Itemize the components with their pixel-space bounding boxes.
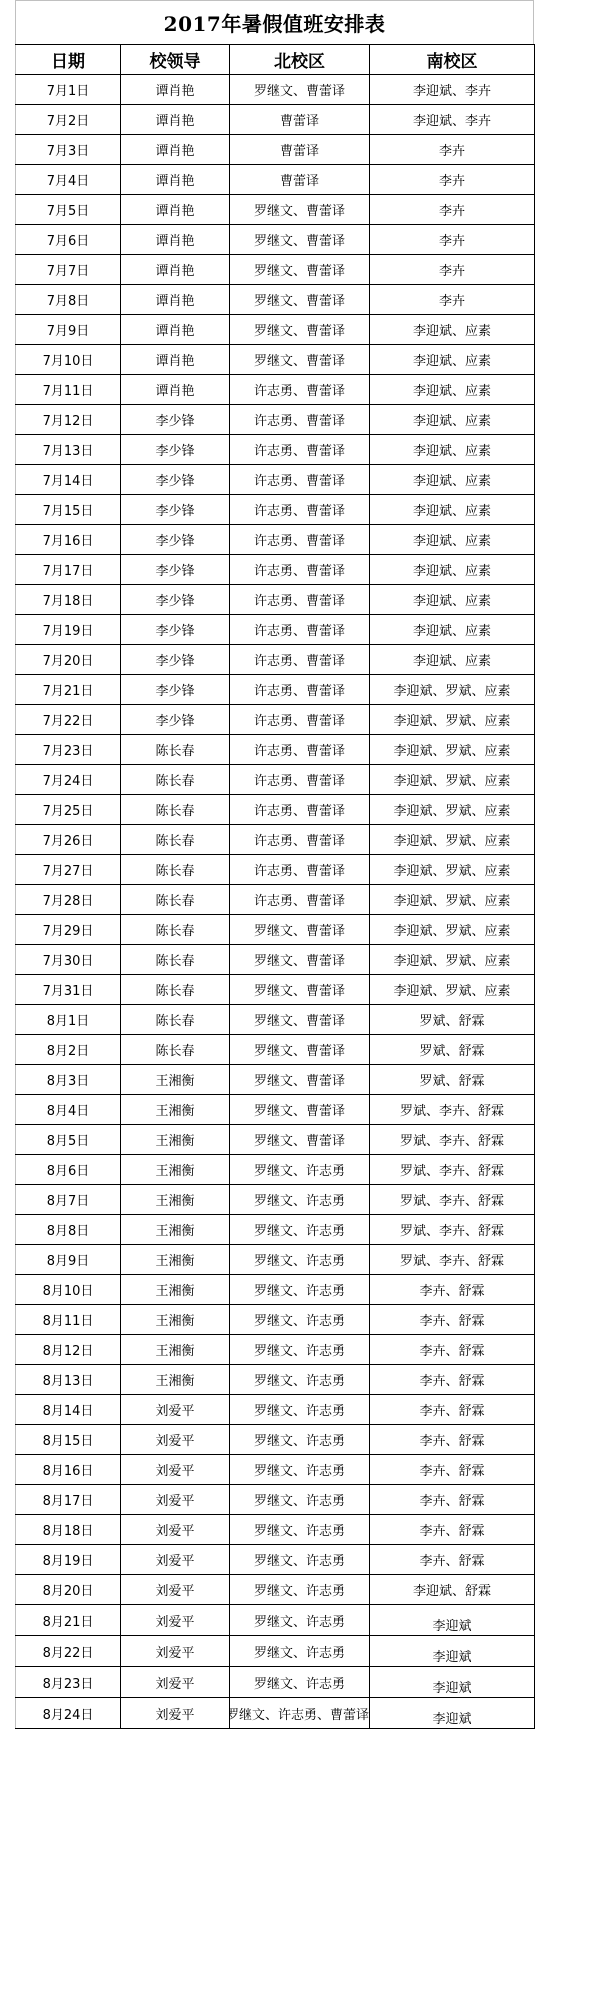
leader-cell[interactable]: 谭肖艳 xyxy=(121,375,230,405)
table-row: 7月5日谭肖艳罗继文、曹蕾译李卉 xyxy=(16,195,535,225)
date-cell[interactable]: 7月5日 xyxy=(16,195,121,225)
leader-cell[interactable]: 谭肖艳 xyxy=(121,345,230,375)
date-cell[interactable]: 8月18日 xyxy=(16,1515,121,1545)
south-campus-cell[interactable]: 李卉 xyxy=(370,195,535,225)
north-campus-cell[interactable]: 曹蕾译 xyxy=(230,135,370,165)
leader-cell[interactable]: 王湘衡 xyxy=(121,1215,230,1245)
south-campus-cell[interactable]: 李迎斌、李卉 xyxy=(370,105,535,135)
north-campus-cell[interactable]: 罗继文、曹蕾译 xyxy=(230,195,370,225)
south-campus-cell[interactable]: 李迎斌 xyxy=(370,1698,535,1729)
date-cell[interactable]: 8月8日 xyxy=(16,1215,121,1245)
north-campus-cell[interactable]: 许志勇、曹蕾译 xyxy=(230,645,370,675)
leader-cell[interactable]: 陈长春 xyxy=(121,1005,230,1035)
south-campus-cell[interactable]: 罗斌、李卉、舒霖 xyxy=(370,1155,535,1185)
table-row: 8月19日刘爱平罗继文、许志勇李卉、舒霖 xyxy=(16,1545,535,1575)
north-campus-cell[interactable]: 罗继文、许志勇、曹蕾译 xyxy=(230,1698,370,1729)
table-row: 7月1日谭肖艳罗继文、曹蕾译李迎斌、李卉 xyxy=(16,75,535,105)
leader-cell[interactable]: 李少锋 xyxy=(121,615,230,645)
table-row: 7月8日谭肖艳罗继文、曹蕾译李卉 xyxy=(16,285,535,315)
south-campus-cell[interactable]: 罗斌、舒霖 xyxy=(370,1005,535,1035)
north-campus-cell[interactable]: 罗继文、曹蕾译 xyxy=(230,1095,370,1125)
table-row: 7月16日李少锋许志勇、曹蕾译李迎斌、应素 xyxy=(16,525,535,555)
south-campus-cell[interactable]: 李迎斌、罗斌、应素 xyxy=(370,735,535,765)
date-cell[interactable]: 8月22日 xyxy=(16,1636,121,1667)
south-campus-cell[interactable]: 李迎斌、应素 xyxy=(370,465,535,495)
leader-cell[interactable]: 谭肖艳 xyxy=(121,165,230,195)
north-campus-cell[interactable]: 许志勇、曹蕾译 xyxy=(230,375,370,405)
date-cell[interactable]: 8月11日 xyxy=(16,1305,121,1335)
table-row: 7月9日谭肖艳罗继文、曹蕾译李迎斌、应素 xyxy=(16,315,535,345)
table-row: 7月10日谭肖艳罗继文、曹蕾译李迎斌、应素 xyxy=(16,345,535,375)
table-row: 8月18日刘爱平罗继文、许志勇李卉、舒霖 xyxy=(16,1515,535,1545)
date-cell[interactable]: 7月31日 xyxy=(16,975,121,1005)
date-cell[interactable]: 8月12日 xyxy=(16,1335,121,1365)
north-campus-cell[interactable]: 罗继文、许志勇 xyxy=(230,1485,370,1515)
date-cell[interactable]: 7月28日 xyxy=(16,885,121,915)
duty-schedule-sheet: 2017年暑假值班安排表 日期 校领导 北校区 南校区 7月1日谭肖艳罗继文、曹… xyxy=(15,0,534,1729)
table-row: 8月5日王湘衡罗继文、曹蕾译罗斌、李卉、舒霖 xyxy=(16,1125,535,1155)
leader-cell[interactable]: 王湘衡 xyxy=(121,1125,230,1155)
table-row: 7月19日李少锋许志勇、曹蕾译李迎斌、应素 xyxy=(16,615,535,645)
leader-cell[interactable]: 刘爱平 xyxy=(121,1425,230,1455)
date-cell[interactable]: 8月21日 xyxy=(16,1605,121,1636)
table-row: 7月15日李少锋许志勇、曹蕾译李迎斌、应素 xyxy=(16,495,535,525)
leader-cell[interactable]: 刘爱平 xyxy=(121,1485,230,1515)
south-campus-cell[interactable]: 李迎斌、应素 xyxy=(370,315,535,345)
table-row: 7月12日李少锋许志勇、曹蕾译李迎斌、应素 xyxy=(16,405,535,435)
date-cell[interactable]: 7月17日 xyxy=(16,555,121,585)
north-campus-cell[interactable]: 许志勇、曹蕾译 xyxy=(230,495,370,525)
north-campus-cell[interactable]: 曹蕾译 xyxy=(230,105,370,135)
south-campus-cell[interactable]: 李迎斌、应素 xyxy=(370,405,535,435)
table-row: 8月20日刘爱平罗继文、许志勇李迎斌、舒霖 xyxy=(16,1575,535,1605)
date-cell[interactable]: 8月5日 xyxy=(16,1125,121,1155)
north-campus-cell[interactable]: 罗继文、曹蕾译 xyxy=(230,255,370,285)
date-cell[interactable]: 8月1日 xyxy=(16,1005,121,1035)
date-cell[interactable]: 8月15日 xyxy=(16,1425,121,1455)
leader-cell[interactable]: 陈长春 xyxy=(121,915,230,945)
leader-cell[interactable]: 李少锋 xyxy=(121,465,230,495)
north-campus-cell[interactable]: 许志勇、曹蕾译 xyxy=(230,825,370,855)
north-campus-cell[interactable]: 许志勇、曹蕾译 xyxy=(230,525,370,555)
leader-cell[interactable]: 刘爱平 xyxy=(121,1575,230,1605)
south-campus-cell[interactable]: 罗斌、李卉、舒霖 xyxy=(370,1245,535,1275)
table-row: 8月16日刘爱平罗继文、许志勇李卉、舒霖 xyxy=(16,1455,535,1485)
south-campus-cell[interactable]: 李迎斌、应素 xyxy=(370,525,535,555)
date-cell[interactable]: 8月24日 xyxy=(16,1698,121,1729)
north-campus-cell[interactable]: 罗继文、许志勇 xyxy=(230,1305,370,1335)
table-row: 7月11日谭肖艳许志勇、曹蕾译李迎斌、应素 xyxy=(16,375,535,405)
south-campus-cell[interactable]: 李迎斌、应素 xyxy=(370,375,535,405)
north-campus-cell[interactable]: 罗继文、许志勇 xyxy=(230,1667,370,1698)
south-campus-cell[interactable]: 李迎斌、舒霖 xyxy=(370,1575,535,1605)
leader-cell[interactable]: 谭肖艳 xyxy=(121,135,230,165)
table-row: 8月14日刘爱平罗继文、许志勇李卉、舒霖 xyxy=(16,1395,535,1425)
date-cell[interactable]: 8月19日 xyxy=(16,1545,121,1575)
date-cell[interactable]: 7月2日 xyxy=(16,105,121,135)
table-row: 8月17日刘爱平罗继文、许志勇李卉、舒霖 xyxy=(16,1485,535,1515)
south-campus-cell[interactable]: 李迎斌、罗斌、应素 xyxy=(370,795,535,825)
date-cell[interactable]: 7月8日 xyxy=(16,285,121,315)
leader-cell[interactable]: 王湘衡 xyxy=(121,1245,230,1275)
north-campus-cell[interactable]: 罗继文、许志勇 xyxy=(230,1365,370,1395)
date-cell[interactable]: 7月10日 xyxy=(16,345,121,375)
date-cell[interactable]: 8月13日 xyxy=(16,1365,121,1395)
date-cell[interactable]: 7月20日 xyxy=(16,645,121,675)
date-cell[interactable]: 7月7日 xyxy=(16,255,121,285)
south-campus-cell[interactable]: 李卉、舒霖 xyxy=(370,1485,535,1515)
north-campus-cell[interactable]: 许志勇、曹蕾译 xyxy=(230,465,370,495)
north-campus-cell[interactable]: 罗继文、曹蕾译 xyxy=(230,1125,370,1155)
north-campus-cell[interactable]: 罗继文、曹蕾译 xyxy=(230,945,370,975)
south-campus-cell[interactable]: 李迎斌、李卉 xyxy=(370,75,535,105)
date-cell[interactable]: 7月19日 xyxy=(16,615,121,645)
date-cell[interactable]: 7月18日 xyxy=(16,585,121,615)
leader-cell[interactable]: 刘爱平 xyxy=(121,1515,230,1545)
date-cell[interactable]: 7月13日 xyxy=(16,435,121,465)
leader-cell[interactable]: 刘爱平 xyxy=(121,1605,230,1636)
south-campus-cell[interactable]: 李卉、舒霖 xyxy=(370,1275,535,1305)
table-row: 7月4日谭肖艳曹蕾译李卉 xyxy=(16,165,535,195)
date-cell[interactable]: 7月22日 xyxy=(16,705,121,735)
leader-cell[interactable]: 陈长春 xyxy=(121,855,230,885)
north-campus-cell[interactable]: 罗继文、许志勇 xyxy=(230,1575,370,1605)
date-cell[interactable]: 8月3日 xyxy=(16,1065,121,1095)
table-row: 8月24日刘爱平罗继文、许志勇、曹蕾译李迎斌 xyxy=(16,1698,535,1729)
date-cell[interactable]: 7月30日 xyxy=(16,945,121,975)
north-campus-cell[interactable]: 罗继文、许志勇 xyxy=(230,1545,370,1575)
leader-cell[interactable]: 陈长春 xyxy=(121,765,230,795)
table-row: 8月2日陈长春罗继文、曹蕾译罗斌、舒霖 xyxy=(16,1035,535,1065)
south-campus-cell[interactable]: 罗斌、舒霖 xyxy=(370,1065,535,1095)
date-cell[interactable]: 7月9日 xyxy=(16,315,121,345)
leader-cell[interactable]: 陈长春 xyxy=(121,885,230,915)
table-row: 8月1日陈长春罗继文、曹蕾译罗斌、舒霖 xyxy=(16,1005,535,1035)
leader-cell[interactable]: 李少锋 xyxy=(121,585,230,615)
south-campus-cell[interactable]: 李迎斌、罗斌、应素 xyxy=(370,885,535,915)
leader-cell[interactable]: 刘爱平 xyxy=(121,1698,230,1729)
leader-cell[interactable]: 陈长春 xyxy=(121,825,230,855)
north-campus-cell[interactable]: 罗继文、许志勇 xyxy=(230,1455,370,1485)
north-campus-cell[interactable]: 罗继文、许志勇 xyxy=(230,1215,370,1245)
leader-cell[interactable]: 谭肖艳 xyxy=(121,195,230,225)
date-cell[interactable]: 8月16日 xyxy=(16,1455,121,1485)
south-campus-cell[interactable]: 李卉 xyxy=(370,255,535,285)
north-campus-cell[interactable]: 曹蕾译 xyxy=(230,165,370,195)
table-row: 7月29日陈长春罗继文、曹蕾译李迎斌、罗斌、应素 xyxy=(16,915,535,945)
south-campus-cell[interactable]: 李迎斌、应素 xyxy=(370,345,535,375)
date-cell[interactable]: 8月4日 xyxy=(16,1095,121,1125)
date-cell[interactable]: 8月7日 xyxy=(16,1185,121,1215)
south-campus-cell[interactable]: 李迎斌、罗斌、应素 xyxy=(370,825,535,855)
leader-cell[interactable]: 刘爱平 xyxy=(121,1667,230,1698)
south-campus-cell[interactable]: 罗斌、李卉、舒霖 xyxy=(370,1125,535,1155)
leader-cell[interactable]: 谭肖艳 xyxy=(121,75,230,105)
date-cell[interactable]: 8月9日 xyxy=(16,1245,121,1275)
date-cell[interactable]: 8月20日 xyxy=(16,1575,121,1605)
south-campus-cell[interactable]: 李卉、舒霖 xyxy=(370,1455,535,1485)
south-campus-cell[interactable]: 李迎斌、罗斌、应素 xyxy=(370,975,535,1005)
south-campus-cell[interactable]: 李迎斌、应素 xyxy=(370,555,535,585)
south-campus-cell[interactable]: 李卉、舒霖 xyxy=(370,1425,535,1455)
date-cell[interactable]: 7月3日 xyxy=(16,135,121,165)
leader-cell[interactable]: 陈长春 xyxy=(121,975,230,1005)
table-row: 7月25日陈长春许志勇、曹蕾译李迎斌、罗斌、应素 xyxy=(16,795,535,825)
south-campus-cell[interactable]: 李卉 xyxy=(370,285,535,315)
north-campus-cell[interactable]: 许志勇、曹蕾译 xyxy=(230,765,370,795)
date-cell[interactable]: 7月23日 xyxy=(16,735,121,765)
north-campus-cell[interactable]: 许志勇、曹蕾译 xyxy=(230,585,370,615)
table-row: 8月9日王湘衡罗继文、许志勇罗斌、李卉、舒霖 xyxy=(16,1245,535,1275)
table-row: 8月8日王湘衡罗继文、许志勇罗斌、李卉、舒霖 xyxy=(16,1215,535,1245)
north-campus-cell[interactable]: 许志勇、曹蕾译 xyxy=(230,885,370,915)
south-campus-cell[interactable]: 李迎斌、罗斌、应素 xyxy=(370,915,535,945)
south-campus-cell[interactable]: 李迎斌、应素 xyxy=(370,585,535,615)
north-campus-cell[interactable]: 罗继文、曹蕾译 xyxy=(230,285,370,315)
north-campus-cell[interactable]: 罗继文、许志勇 xyxy=(230,1245,370,1275)
table-row: 7月22日李少锋许志勇、曹蕾译李迎斌、罗斌、应素 xyxy=(16,705,535,735)
north-campus-cell[interactable]: 罗继文、许志勇 xyxy=(230,1395,370,1425)
south-campus-cell[interactable]: 李卉 xyxy=(370,225,535,255)
south-campus-cell[interactable]: 李卉、舒霖 xyxy=(370,1515,535,1545)
north-campus-cell[interactable]: 许志勇、曹蕾译 xyxy=(230,795,370,825)
south-campus-cell[interactable]: 李卉、舒霖 xyxy=(370,1335,535,1365)
table-row: 7月13日李少锋许志勇、曹蕾译李迎斌、应素 xyxy=(16,435,535,465)
header-row: 日期 校领导 北校区 南校区 xyxy=(16,45,535,75)
south-campus-cell[interactable]: 李卉、舒霖 xyxy=(370,1305,535,1335)
table-row: 7月14日李少锋许志勇、曹蕾译李迎斌、应素 xyxy=(16,465,535,495)
south-campus-cell[interactable]: 李迎斌、罗斌、应素 xyxy=(370,705,535,735)
date-cell[interactable]: 7月11日 xyxy=(16,375,121,405)
column-header-date: 日期 xyxy=(16,45,121,75)
north-campus-cell[interactable]: 许志勇、曹蕾译 xyxy=(230,405,370,435)
south-campus-cell[interactable]: 李迎斌、应素 xyxy=(370,615,535,645)
leader-cell[interactable]: 陈长春 xyxy=(121,795,230,825)
table-row: 8月10日王湘衡罗继文、许志勇李卉、舒霖 xyxy=(16,1275,535,1305)
date-cell[interactable]: 7月26日 xyxy=(16,825,121,855)
table-row: 7月17日李少锋许志勇、曹蕾译李迎斌、应素 xyxy=(16,555,535,585)
table-row: 8月4日王湘衡罗继文、曹蕾译罗斌、李卉、舒霖 xyxy=(16,1095,535,1125)
south-campus-cell[interactable]: 李卉、舒霖 xyxy=(370,1395,535,1425)
leader-cell[interactable]: 王湘衡 xyxy=(121,1095,230,1125)
date-cell[interactable]: 8月14日 xyxy=(16,1395,121,1425)
leader-cell[interactable]: 谭肖艳 xyxy=(121,285,230,315)
date-cell[interactable]: 8月10日 xyxy=(16,1275,121,1305)
leader-cell[interactable]: 刘爱平 xyxy=(121,1395,230,1425)
north-campus-cell[interactable]: 罗继文、曹蕾译 xyxy=(230,1005,370,1035)
leader-cell[interactable]: 谭肖艳 xyxy=(121,255,230,285)
leader-cell[interactable]: 王湘衡 xyxy=(121,1305,230,1335)
date-cell[interactable]: 7月27日 xyxy=(16,855,121,885)
north-campus-cell[interactable]: 许志勇、曹蕾译 xyxy=(230,675,370,705)
column-header-north-campus: 北校区 xyxy=(230,45,370,75)
table-row: 8月22日刘爱平罗继文、许志勇李迎斌 xyxy=(16,1636,535,1667)
leader-cell[interactable]: 刘爱平 xyxy=(121,1636,230,1667)
north-campus-cell[interactable]: 罗继文、曹蕾译 xyxy=(230,75,370,105)
table-row: 8月21日刘爱平罗继文、许志勇李迎斌 xyxy=(16,1605,535,1636)
north-campus-cell[interactable]: 许志勇、曹蕾译 xyxy=(230,435,370,465)
date-cell[interactable]: 7月4日 xyxy=(16,165,121,195)
leader-cell[interactable]: 王湘衡 xyxy=(121,1365,230,1395)
north-campus-cell[interactable]: 罗继文、许志勇 xyxy=(230,1335,370,1365)
table-row: 8月11日王湘衡罗继文、许志勇李卉、舒霖 xyxy=(16,1305,535,1335)
column-header-leader: 校领导 xyxy=(121,45,230,75)
date-cell[interactable]: 8月17日 xyxy=(16,1485,121,1515)
north-campus-cell[interactable]: 罗继文、曹蕾译 xyxy=(230,1035,370,1065)
leader-cell[interactable]: 李少锋 xyxy=(121,645,230,675)
table-row: 7月26日陈长春许志勇、曹蕾译李迎斌、罗斌、应素 xyxy=(16,825,535,855)
table-row: 8月7日王湘衡罗继文、许志勇罗斌、李卉、舒霖 xyxy=(16,1185,535,1215)
leader-cell[interactable]: 陈长春 xyxy=(121,1035,230,1065)
leader-cell[interactable]: 李少锋 xyxy=(121,705,230,735)
north-campus-cell[interactable]: 许志勇、曹蕾译 xyxy=(230,615,370,645)
north-campus-cell[interactable]: 许志勇、曹蕾译 xyxy=(230,735,370,765)
leader-cell[interactable]: 李少锋 xyxy=(121,405,230,435)
leader-cell[interactable]: 谭肖艳 xyxy=(121,105,230,135)
duty-schedule-table: 日期 校领导 北校区 南校区 7月1日谭肖艳罗继文、曹蕾译李迎斌、李卉7月2日谭… xyxy=(15,44,535,1729)
date-cell[interactable]: 7月21日 xyxy=(16,675,121,705)
north-campus-cell[interactable]: 罗继文、曹蕾译 xyxy=(230,345,370,375)
north-campus-cell[interactable]: 罗继文、曹蕾译 xyxy=(230,315,370,345)
north-campus-cell[interactable]: 罗继文、许志勇 xyxy=(230,1605,370,1636)
date-cell[interactable]: 7月14日 xyxy=(16,465,121,495)
north-campus-cell[interactable]: 罗继文、曹蕾译 xyxy=(230,225,370,255)
table-row: 8月6日王湘衡罗继文、许志勇罗斌、李卉、舒霖 xyxy=(16,1155,535,1185)
leader-cell[interactable]: 李少锋 xyxy=(121,495,230,525)
leader-cell[interactable]: 王湘衡 xyxy=(121,1155,230,1185)
date-cell[interactable]: 7月15日 xyxy=(16,495,121,525)
date-cell[interactable]: 7月25日 xyxy=(16,795,121,825)
leader-cell[interactable]: 谭肖艳 xyxy=(121,315,230,345)
north-campus-cell[interactable]: 罗继文、曹蕾译 xyxy=(230,1065,370,1095)
leader-cell[interactable]: 王湘衡 xyxy=(121,1335,230,1365)
north-campus-cell[interactable]: 罗继文、曹蕾译 xyxy=(230,915,370,945)
date-cell[interactable]: 7月16日 xyxy=(16,525,121,555)
sheet-title: 2017年暑假值班安排表 xyxy=(15,0,534,44)
table-row: 8月3日王湘衡罗继文、曹蕾译罗斌、舒霖 xyxy=(16,1065,535,1095)
table-row: 8月12日王湘衡罗继文、许志勇李卉、舒霖 xyxy=(16,1335,535,1365)
north-campus-cell[interactable]: 罗继文、许志勇 xyxy=(230,1515,370,1545)
south-campus-cell[interactable]: 李迎斌 xyxy=(370,1605,535,1636)
table-row: 7月21日李少锋许志勇、曹蕾译李迎斌、罗斌、应素 xyxy=(16,675,535,705)
column-header-south-campus: 南校区 xyxy=(370,45,535,75)
south-campus-cell[interactable]: 李卉 xyxy=(370,135,535,165)
south-campus-cell[interactable]: 罗斌、李卉、舒霖 xyxy=(370,1095,535,1125)
south-campus-cell[interactable]: 李迎斌、应素 xyxy=(370,435,535,465)
north-campus-cell[interactable]: 罗继文、许志勇 xyxy=(230,1185,370,1215)
leader-cell[interactable]: 李少锋 xyxy=(121,435,230,465)
south-campus-cell[interactable]: 李卉、舒霖 xyxy=(370,1545,535,1575)
south-campus-cell[interactable]: 罗斌、李卉、舒霖 xyxy=(370,1215,535,1245)
north-campus-cell[interactable]: 罗继文、许志勇 xyxy=(230,1155,370,1185)
leader-cell[interactable]: 李少锋 xyxy=(121,675,230,705)
date-cell[interactable]: 7月6日 xyxy=(16,225,121,255)
south-campus-cell[interactable]: 李迎斌 xyxy=(370,1636,535,1667)
south-campus-cell[interactable]: 李迎斌、罗斌、应素 xyxy=(370,765,535,795)
south-campus-cell[interactable]: 李迎斌 xyxy=(370,1667,535,1698)
north-campus-cell[interactable]: 许志勇、曹蕾译 xyxy=(230,555,370,585)
south-campus-cell[interactable]: 李迎斌、应素 xyxy=(370,645,535,675)
leader-cell[interactable]: 刘爱平 xyxy=(121,1455,230,1485)
north-campus-cell[interactable]: 罗继文、曹蕾译 xyxy=(230,975,370,1005)
south-campus-cell[interactable]: 罗斌、舒霖 xyxy=(370,1035,535,1065)
north-campus-cell[interactable]: 许志勇、曹蕾译 xyxy=(230,705,370,735)
date-cell[interactable]: 7月12日 xyxy=(16,405,121,435)
leader-cell[interactable]: 李少锋 xyxy=(121,525,230,555)
north-campus-cell[interactable]: 许志勇、曹蕾译 xyxy=(230,855,370,885)
date-cell[interactable]: 7月29日 xyxy=(16,915,121,945)
table-row: 8月15日刘爱平罗继文、许志勇李卉、舒霖 xyxy=(16,1425,535,1455)
table-row: 8月23日刘爱平罗继文、许志勇李迎斌 xyxy=(16,1667,535,1698)
north-campus-cell[interactable]: 罗继文、许志勇 xyxy=(230,1275,370,1305)
north-campus-cell[interactable]: 罗继文、许志勇 xyxy=(230,1425,370,1455)
date-cell[interactable]: 7月24日 xyxy=(16,765,121,795)
table-row: 7月23日陈长春许志勇、曹蕾译李迎斌、罗斌、应素 xyxy=(16,735,535,765)
table-row: 7月6日谭肖艳罗继文、曹蕾译李卉 xyxy=(16,225,535,255)
leader-cell[interactable]: 陈长春 xyxy=(121,945,230,975)
leader-cell[interactable]: 刘爱平 xyxy=(121,1545,230,1575)
south-campus-cell[interactable]: 李迎斌、罗斌、应素 xyxy=(370,945,535,975)
south-campus-cell[interactable]: 李迎斌、罗斌、应素 xyxy=(370,675,535,705)
table-row: 7月28日陈长春许志勇、曹蕾译李迎斌、罗斌、应素 xyxy=(16,885,535,915)
table-row: 7月18日李少锋许志勇、曹蕾译李迎斌、应素 xyxy=(16,585,535,615)
table-row: 7月7日谭肖艳罗继文、曹蕾译李卉 xyxy=(16,255,535,285)
table-row: 7月3日谭肖艳曹蕾译李卉 xyxy=(16,135,535,165)
table-row: 7月2日谭肖艳曹蕾译李迎斌、李卉 xyxy=(16,105,535,135)
south-campus-cell[interactable]: 李卉、舒霖 xyxy=(370,1365,535,1395)
date-cell[interactable]: 8月6日 xyxy=(16,1155,121,1185)
date-cell[interactable]: 8月2日 xyxy=(16,1035,121,1065)
south-campus-cell[interactable]: 罗斌、李卉、舒霖 xyxy=(370,1185,535,1215)
table-row: 7月31日陈长春罗继文、曹蕾译李迎斌、罗斌、应素 xyxy=(16,975,535,1005)
leader-cell[interactable]: 王湘衡 xyxy=(121,1275,230,1305)
south-campus-cell[interactable]: 李迎斌、罗斌、应素 xyxy=(370,855,535,885)
table-row: 8月13日王湘衡罗继文、许志勇李卉、舒霖 xyxy=(16,1365,535,1395)
table-row: 7月24日陈长春许志勇、曹蕾译李迎斌、罗斌、应素 xyxy=(16,765,535,795)
leader-cell[interactable]: 陈长春 xyxy=(121,735,230,765)
leader-cell[interactable]: 李少锋 xyxy=(121,555,230,585)
date-cell[interactable]: 7月1日 xyxy=(16,75,121,105)
leader-cell[interactable]: 谭肖艳 xyxy=(121,225,230,255)
date-cell[interactable]: 8月23日 xyxy=(16,1667,121,1698)
south-campus-cell[interactable]: 李卉 xyxy=(370,165,535,195)
leader-cell[interactable]: 王湘衡 xyxy=(121,1185,230,1215)
table-row: 7月27日陈长春许志勇、曹蕾译李迎斌、罗斌、应素 xyxy=(16,855,535,885)
north-campus-cell[interactable]: 罗继文、许志勇 xyxy=(230,1636,370,1667)
south-campus-cell[interactable]: 李迎斌、应素 xyxy=(370,495,535,525)
table-body: 7月1日谭肖艳罗继文、曹蕾译李迎斌、李卉7月2日谭肖艳曹蕾译李迎斌、李卉7月3日… xyxy=(16,75,535,1729)
table-row: 7月30日陈长春罗继文、曹蕾译李迎斌、罗斌、应素 xyxy=(16,945,535,975)
table-row: 7月20日李少锋许志勇、曹蕾译李迎斌、应素 xyxy=(16,645,535,675)
leader-cell[interactable]: 王湘衡 xyxy=(121,1065,230,1095)
